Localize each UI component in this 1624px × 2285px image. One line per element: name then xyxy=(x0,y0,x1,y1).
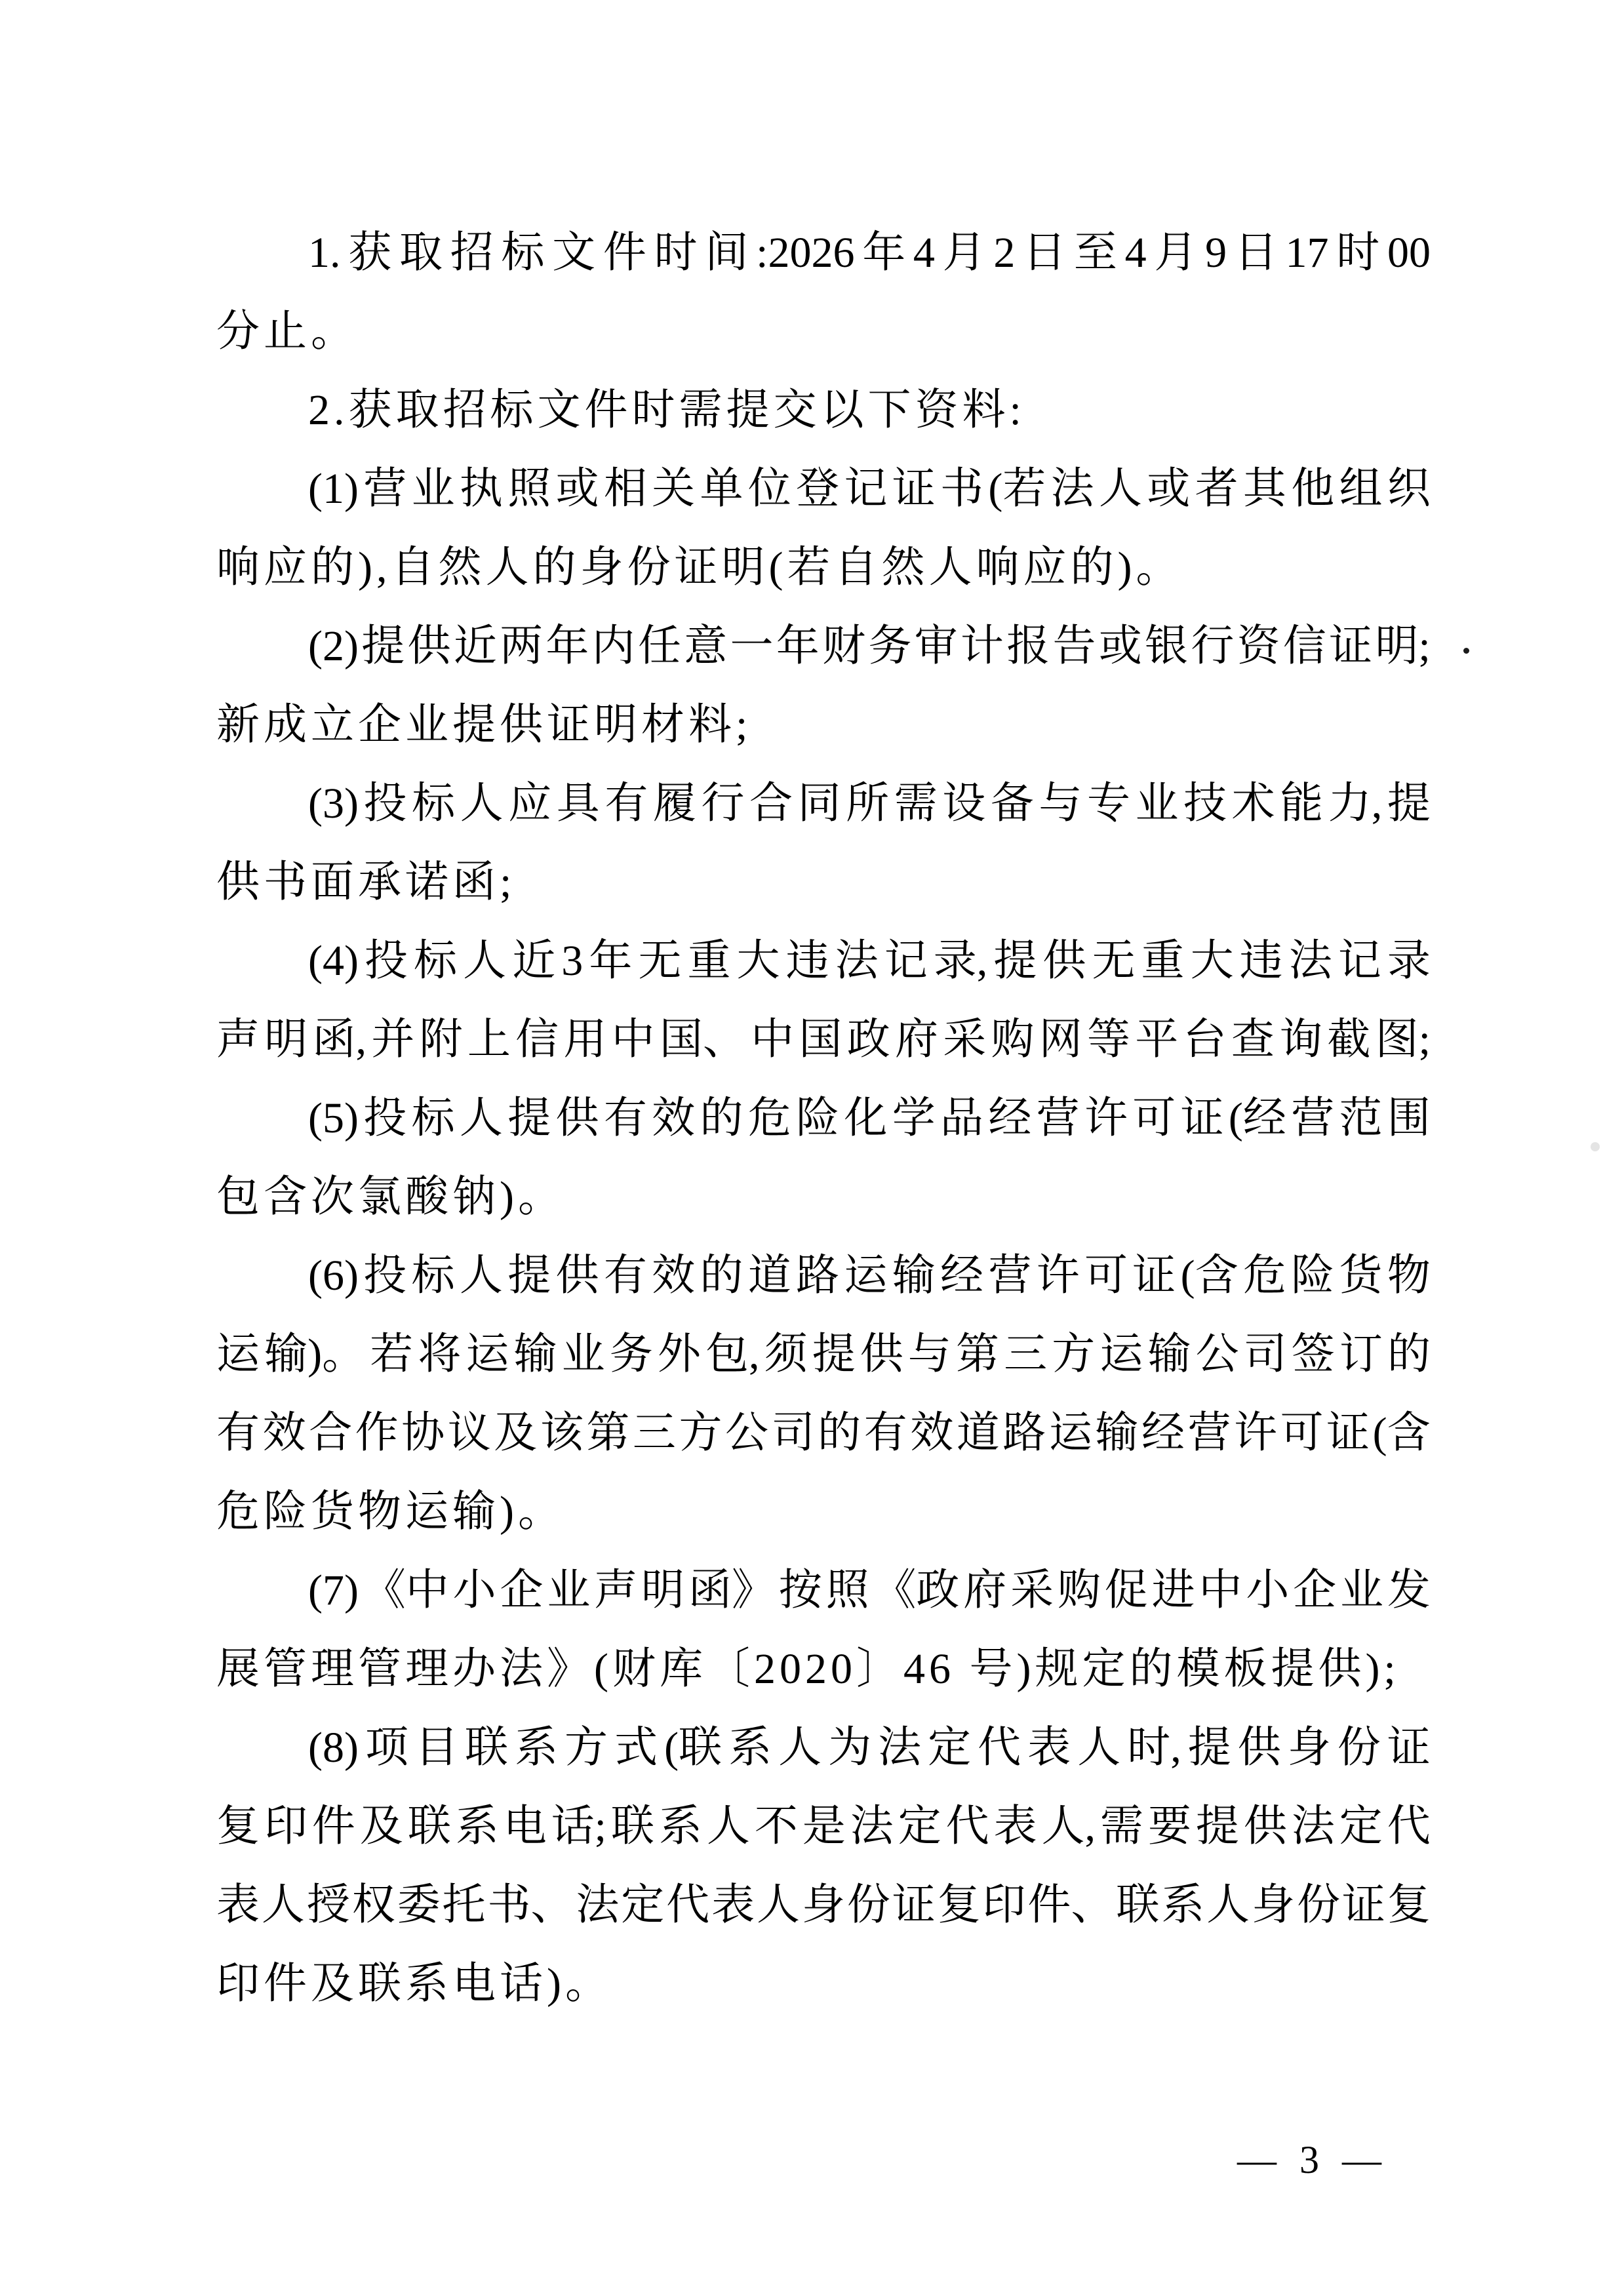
text-token: 4 xyxy=(1125,228,1147,288)
text-token: 截 xyxy=(1327,1015,1370,1075)
text-token: 物 xyxy=(1387,1251,1431,1311)
text-token: 效 xyxy=(910,1408,953,1469)
text-token: 时 xyxy=(654,228,698,288)
text-token: 件 xyxy=(312,1802,355,1862)
text-token: 间 xyxy=(705,228,748,288)
text-token: 外 xyxy=(658,1330,701,1390)
text-token: 话; xyxy=(551,1802,606,1862)
text-token: 法 xyxy=(1051,464,1094,525)
text-token: 输 xyxy=(1147,1330,1191,1390)
text-token: 司 xyxy=(1244,1330,1287,1390)
text-token: 企 xyxy=(500,1566,544,1626)
text-token: 代 xyxy=(1387,1802,1431,1862)
text-token: 证 xyxy=(1329,622,1372,682)
text-token: 函, xyxy=(313,1015,367,1075)
text-token: 年 xyxy=(545,622,589,682)
text-token: (含 xyxy=(1373,1408,1431,1469)
text-token: 有 xyxy=(864,1408,907,1469)
text-token: 供 xyxy=(860,1330,903,1390)
text-token: 国、 xyxy=(660,1015,746,1075)
text-token: (8) xyxy=(308,1723,359,1783)
text-token: 须 xyxy=(764,1330,808,1390)
text-token: 身 xyxy=(1252,1880,1295,1941)
text-token: 许 xyxy=(1234,1408,1277,1469)
text-token: 按 xyxy=(779,1566,822,1626)
text-token: 与 xyxy=(908,1330,951,1390)
text-token: 人 xyxy=(460,1094,503,1154)
text-token: 托 xyxy=(443,1880,486,1941)
text-token: 府 xyxy=(895,1015,938,1075)
text-token: 照 xyxy=(826,1566,869,1626)
text-token: 可 xyxy=(1084,1251,1128,1311)
text-token: 品 xyxy=(940,1094,983,1154)
text-token: 进 xyxy=(1152,1566,1195,1626)
text-token: 人 xyxy=(460,779,504,839)
text-token: 权 xyxy=(352,1880,395,1941)
text-token: 印 xyxy=(983,1880,1026,1941)
text-token: (7) xyxy=(308,1566,359,1626)
text-token: 标 xyxy=(412,779,455,839)
text-token: 险 xyxy=(1291,1251,1334,1311)
text-token: 输 xyxy=(1095,1408,1138,1469)
text-token: 可 xyxy=(1280,1408,1324,1469)
text-token: 定 xyxy=(1339,1802,1383,1862)
text-token: 及 xyxy=(494,1408,537,1469)
text-token: 采 xyxy=(1010,1566,1054,1626)
text-token: (若 xyxy=(988,464,1046,525)
text-token: 同 xyxy=(798,779,841,839)
text-token: 政 xyxy=(847,1015,890,1075)
text-token: 国 xyxy=(799,1015,842,1075)
text-token: 业 xyxy=(562,1330,605,1390)
text-token: 输 xyxy=(514,1330,557,1390)
text-token: 明 xyxy=(264,1015,307,1075)
text-token: 人 xyxy=(262,1880,305,1941)
text-token: 营 xyxy=(363,464,406,525)
text-token: 联 xyxy=(1116,1880,1159,1941)
text-token: 的 xyxy=(700,1094,743,1154)
text-token: 作 xyxy=(355,1408,399,1469)
text-token: 年 xyxy=(589,936,632,997)
text-token: 行 xyxy=(1191,622,1234,682)
text-token: 路 xyxy=(796,1251,839,1311)
text-token: 有 xyxy=(216,1408,260,1469)
text-token: 技 xyxy=(1183,779,1227,839)
text-token: 违 xyxy=(1240,936,1283,997)
text-token: 台 xyxy=(1183,1015,1227,1075)
text-token: 司 xyxy=(772,1408,815,1469)
text-token: 输 xyxy=(892,1251,936,1311)
text-token: 合 xyxy=(309,1408,352,1469)
text-token: 银 xyxy=(1145,622,1188,682)
text-token: 提 xyxy=(993,936,1037,997)
text-token: 计 xyxy=(961,622,1004,682)
text-token: 证 xyxy=(892,464,936,525)
text-token: 业 xyxy=(547,1566,590,1626)
text-line: 响应的),自然人的身份证明(若自然人响应的)。 xyxy=(216,543,1431,603)
text-token: 务 xyxy=(610,1330,653,1390)
text-token: 录 xyxy=(1387,936,1431,997)
text-token: 有 xyxy=(604,779,648,839)
text-token: 记 xyxy=(844,464,887,525)
text-token: 织 xyxy=(1387,464,1431,525)
text-token: (3) xyxy=(308,779,359,839)
text-token: 围 xyxy=(1387,1094,1431,1154)
text-line: 包含次氯酸钠)。 xyxy=(216,1172,1431,1233)
text-token: 人 xyxy=(463,936,506,997)
text-token: 附 xyxy=(420,1015,463,1075)
text-token: 人 xyxy=(778,1723,822,1783)
text-token: 位 xyxy=(748,464,791,525)
text-token: 时 xyxy=(1336,228,1379,288)
text-token: 月 xyxy=(1154,228,1197,288)
text-token: 运 xyxy=(216,1330,260,1390)
text-token: 的 xyxy=(818,1408,861,1469)
text-token: 《中 xyxy=(363,1566,449,1626)
text-token: 法 xyxy=(850,1802,894,1862)
text-token: 委 xyxy=(397,1880,441,1941)
text-token: 2 xyxy=(993,228,1015,288)
text-token: (5) xyxy=(308,1094,359,1154)
text-line: 危险货物运输)。 xyxy=(216,1487,1431,1547)
text-token: 能 xyxy=(1280,779,1323,839)
text-token: 授 xyxy=(307,1880,350,1941)
text-token: 相 xyxy=(604,464,647,525)
text-token: 表 xyxy=(711,1880,755,1941)
text-token: 证 xyxy=(1181,1094,1224,1154)
text-token: 府 xyxy=(963,1566,1006,1626)
text-line: 展管理管理办法》(财库〔2020〕46 号)规定的模板提供); xyxy=(216,1644,1431,1705)
text-line: 分止。 xyxy=(216,307,1431,367)
text-line: (8)项目联系方式(联系人为法定代表人时,提供身份证 xyxy=(216,1723,1431,1783)
text-token: 三 xyxy=(1004,1330,1047,1390)
text-line: (7)《中小企业声明函》按照《政府采购促进中小企业发 xyxy=(216,1566,1431,1626)
text-token: 人 xyxy=(757,1880,800,1941)
text-line: (4)投标人近3年无重大违法记录,提供无重大违法记录 xyxy=(216,936,1431,997)
text-token: (经 xyxy=(1229,1094,1286,1154)
text-token: 合 xyxy=(749,779,793,839)
text-token: 系 xyxy=(456,1802,499,1862)
text-token: 单 xyxy=(700,464,743,525)
text-line: (5)投标人提供有效的危险化学品经营许可证(经营范围 xyxy=(216,1094,1431,1154)
text-token: 业 xyxy=(1340,1566,1383,1626)
text-token: 小 xyxy=(453,1566,496,1626)
text-token: 营 xyxy=(1037,1094,1080,1154)
text-token: 证 xyxy=(1326,1408,1370,1469)
text-token: (含 xyxy=(1181,1251,1238,1311)
text-token: 大 xyxy=(737,936,780,997)
text-token: 份 xyxy=(1337,1723,1381,1783)
text-token: 份 xyxy=(847,1880,890,1941)
text-token: 人 xyxy=(1099,464,1142,525)
text-token: 近 xyxy=(512,936,555,997)
text-token: (1) xyxy=(308,464,359,525)
text-token: 备 xyxy=(991,779,1034,839)
text-token: 执 xyxy=(460,464,503,525)
text-token: 资 xyxy=(1237,622,1280,682)
text-token: 身 xyxy=(1288,1723,1331,1783)
text-token: 道 xyxy=(957,1408,1000,1469)
text-token: 00 xyxy=(1387,228,1431,288)
text-token: 提 xyxy=(507,1251,551,1311)
text-token: 年 xyxy=(776,622,820,682)
text-token: 系 xyxy=(728,1723,772,1783)
text-token: 法 xyxy=(1292,1802,1335,1862)
text-token: 月 xyxy=(943,228,986,288)
text-token: 的 xyxy=(1387,1330,1431,1390)
text-token: 违 xyxy=(786,936,829,997)
text-token: 提 xyxy=(1387,779,1431,839)
text-token: 信 xyxy=(1283,622,1326,682)
text-token: (6) xyxy=(308,1251,359,1311)
text-token: 范 xyxy=(1339,1094,1383,1154)
text-token: 供 xyxy=(556,1251,599,1311)
text-token: 行 xyxy=(701,779,744,839)
text-token: 复 xyxy=(216,1802,260,1862)
text-token: 财 xyxy=(822,622,865,682)
text-token: 应 xyxy=(508,779,551,839)
text-token: 人 xyxy=(460,1251,503,1311)
text-token: 人 xyxy=(1077,1723,1120,1783)
text-token: 9 xyxy=(1205,228,1227,288)
text-token: 组 xyxy=(1339,464,1383,525)
text-line: 新成立企业提供证明材料; xyxy=(216,700,1431,761)
text-token: 公 xyxy=(725,1408,768,1469)
text-token: 供 xyxy=(408,622,451,682)
text-token: 平 xyxy=(1135,1015,1178,1075)
text-token: 标 xyxy=(412,1251,455,1311)
text-token: 道 xyxy=(748,1251,791,1311)
text-token: 用 xyxy=(563,1015,606,1075)
text-token: 报 xyxy=(1006,622,1050,682)
text-token: 表 xyxy=(994,1802,1037,1862)
text-token: 方 xyxy=(564,1723,608,1783)
text-token: 或 xyxy=(1147,464,1190,525)
text-token: 包, xyxy=(705,1330,760,1390)
text-token: 年 xyxy=(862,228,905,288)
text-line: 声明函,并附上信用中国、中国政府采购网等平台查询截图; xyxy=(216,1015,1431,1075)
text-token: 中 xyxy=(612,1015,655,1075)
text-token: 投 xyxy=(363,1094,406,1154)
text-token: 联 xyxy=(408,1802,451,1862)
text-token: 中 xyxy=(751,1015,794,1075)
text-token: 代 xyxy=(666,1880,709,1941)
text-token: 有 xyxy=(604,1094,647,1154)
text-token: 明 xyxy=(641,1566,684,1626)
text-token: 他 xyxy=(1291,464,1334,525)
text-token: 登 xyxy=(796,464,839,525)
text-token: 签 xyxy=(1292,1330,1335,1390)
text-token: 复 xyxy=(1387,1880,1431,1941)
text-token: 两 xyxy=(500,622,543,682)
text-token: 法 xyxy=(878,1723,921,1783)
text-token: 定 xyxy=(621,1880,664,1941)
text-token: 至 xyxy=(1074,228,1117,288)
text-line: (2)提供近两年内任意一年财务审计报告或银行资信证明; xyxy=(216,622,1431,682)
text-token: 具 xyxy=(557,779,600,839)
text-token: 订 xyxy=(1339,1330,1383,1390)
text-token: 书 xyxy=(940,464,983,525)
text-token: 运 xyxy=(465,1330,509,1390)
text-token: 证 xyxy=(1132,1251,1176,1311)
text-token: 代 xyxy=(946,1802,989,1862)
text-line: 表人授权委托书、法定代表人身份证复印件、联系人身份证复 xyxy=(216,1880,1431,1941)
text-token: 代 xyxy=(978,1723,1021,1783)
text-token: 效 xyxy=(263,1408,306,1469)
text-token: 为 xyxy=(828,1723,871,1783)
text-token: 业 xyxy=(412,464,455,525)
text-token: 不 xyxy=(755,1802,798,1862)
text-token: 法 xyxy=(835,936,879,997)
text-token: 经 xyxy=(988,1094,1031,1154)
text-line: 1.获取招标文件时间:2026年4月2日至4月9日17时00 xyxy=(216,228,1431,288)
text-token: 投 xyxy=(363,1251,406,1311)
text-token: 供 xyxy=(1238,1723,1281,1783)
text-token: 可 xyxy=(1132,1094,1176,1154)
text-token: 要 xyxy=(1148,1802,1191,1862)
text-token: 系 xyxy=(515,1723,558,1783)
text-token: 学 xyxy=(892,1094,936,1154)
text-token: 提 xyxy=(1196,1802,1239,1862)
text-line: (6)投标人提供有效的道路运输经营许可证(含危险货物 xyxy=(216,1251,1431,1311)
text-token: 定 xyxy=(928,1723,971,1783)
text-token: 意 xyxy=(684,622,727,682)
text-token: 营 xyxy=(1291,1094,1334,1154)
text-line: 2.获取招标文件时需提交以下资料: xyxy=(216,386,1431,446)
text-token: 近 xyxy=(454,622,497,682)
text-token: 联 xyxy=(611,1802,654,1862)
text-token: 该 xyxy=(540,1408,584,1469)
text-token: 需 xyxy=(1100,1802,1143,1862)
text-token: 网 xyxy=(1039,1015,1082,1075)
text-token: 无 xyxy=(638,936,681,997)
text-token: 业 xyxy=(1136,779,1179,839)
text-token: 设 xyxy=(942,779,985,839)
text-token: 上 xyxy=(467,1015,511,1075)
text-token: 印 xyxy=(264,1802,307,1862)
text-token: 4 xyxy=(913,228,935,288)
text-token: 3 xyxy=(561,936,583,997)
text-token: 或 xyxy=(1099,622,1142,682)
text-token: 定 xyxy=(898,1802,941,1862)
text-token: 采 xyxy=(943,1015,986,1075)
text-token: 第 xyxy=(586,1408,629,1469)
text-token: 书、 xyxy=(487,1880,574,1941)
text-token: 供 xyxy=(1244,1802,1287,1862)
text-token: 中 xyxy=(1198,1566,1242,1626)
text-token: 获 xyxy=(348,228,391,288)
text-token: 法 xyxy=(1289,936,1332,997)
text-token: 运 xyxy=(844,1251,887,1311)
text-token: 者 xyxy=(1195,464,1238,525)
text-token: 经 xyxy=(1141,1408,1185,1469)
text-line: (1)营业执照或相关单位登记证书(若法人或者其他组织 xyxy=(216,464,1431,525)
text-token: 人 xyxy=(1206,1880,1250,1941)
text-token: 无 xyxy=(1092,936,1135,997)
text-token: 有 xyxy=(604,1251,647,1311)
text-token: 提 xyxy=(812,1330,856,1390)
text-token: 17 xyxy=(1286,228,1329,288)
text-token: 提 xyxy=(507,1094,551,1154)
text-token: 等 xyxy=(1087,1015,1130,1075)
text-token: 标 xyxy=(412,1094,455,1154)
text-token: 企 xyxy=(1293,1566,1336,1626)
text-token: 供 xyxy=(1042,936,1086,997)
text-token: 式 xyxy=(614,1723,658,1783)
text-line: 供书面承诺函; xyxy=(216,858,1431,918)
text-token: 人 xyxy=(707,1802,750,1862)
text-token: 一 xyxy=(730,622,774,682)
text-token: 购 xyxy=(991,1015,1034,1075)
text-token: 专 xyxy=(1087,779,1130,839)
text-token: 路 xyxy=(1002,1408,1046,1469)
text-token: 审 xyxy=(915,622,958,682)
text-token: 协 xyxy=(401,1408,445,1469)
text-token: 内 xyxy=(592,622,635,682)
text-token: 危 xyxy=(1243,1251,1286,1311)
text-token: 件、 xyxy=(1027,1880,1114,1941)
text-token: 化 xyxy=(844,1094,887,1154)
text-token: 人, xyxy=(1042,1802,1096,1862)
text-token: 明; xyxy=(1375,622,1430,682)
text-token: 效 xyxy=(652,1094,695,1154)
text-token: 及 xyxy=(360,1802,403,1862)
text-token: 表 xyxy=(1027,1723,1071,1783)
text-line: 印件及联系电话)。 xyxy=(216,1959,1431,2019)
document-body: 1.获取招标文件时间:2026年4月2日至4月9日17时00分止。2.获取招标文… xyxy=(0,0,1624,2285)
text-token: 法 xyxy=(576,1880,619,1941)
text-token: 取 xyxy=(399,228,443,288)
text-token: 关 xyxy=(652,464,695,525)
text-token: 函》 xyxy=(688,1566,775,1626)
text-token: 投 xyxy=(364,779,407,839)
text-token: 招 xyxy=(450,228,494,288)
text-token: 重 xyxy=(1141,936,1185,997)
text-token: 项 xyxy=(365,1723,408,1783)
text-token: 证 xyxy=(892,1880,936,1941)
text-token: 图; xyxy=(1376,1015,1431,1075)
document-page: 1.获取招标文件时间:2026年4月2日至4月9日17时00分止。2.获取招标文… xyxy=(0,0,1624,2285)
text-token: 需 xyxy=(894,779,938,839)
text-token: 声 xyxy=(594,1566,637,1626)
text-token: 联 xyxy=(465,1723,508,1783)
text-token: 的 xyxy=(700,1251,743,1311)
text-token: 术 xyxy=(1232,779,1275,839)
text-token: 重 xyxy=(687,936,730,997)
text-token: 证 xyxy=(1387,1723,1431,1783)
text-token: 第 xyxy=(956,1330,999,1390)
text-token: 身 xyxy=(802,1880,845,1941)
text-token: 日 xyxy=(1023,228,1066,288)
text-token: 标 xyxy=(414,936,457,997)
text-token: 提 xyxy=(361,622,405,682)
text-token: 许 xyxy=(1037,1251,1080,1311)
text-token: :2026 xyxy=(756,228,854,288)
scan-artifact-dot xyxy=(1591,1142,1600,1151)
text-token: 小 xyxy=(1246,1566,1289,1626)
text-token: 声 xyxy=(216,1015,260,1075)
text-token: 提 xyxy=(1188,1723,1231,1783)
text-token: 方 xyxy=(679,1408,722,1469)
text-token: 方 xyxy=(1052,1330,1095,1390)
text-token: 件 xyxy=(603,228,646,288)
text-token: 系 xyxy=(1161,1880,1204,1941)
text-token: 货 xyxy=(1339,1251,1383,1311)
text-token: 信 xyxy=(515,1015,559,1075)
text-token: 录, xyxy=(934,936,988,997)
text-token: 购 xyxy=(1058,1566,1101,1626)
text-line: 有效合作协议及该第三方公司的有效道路运输经营许可证(含 xyxy=(216,1408,1431,1469)
